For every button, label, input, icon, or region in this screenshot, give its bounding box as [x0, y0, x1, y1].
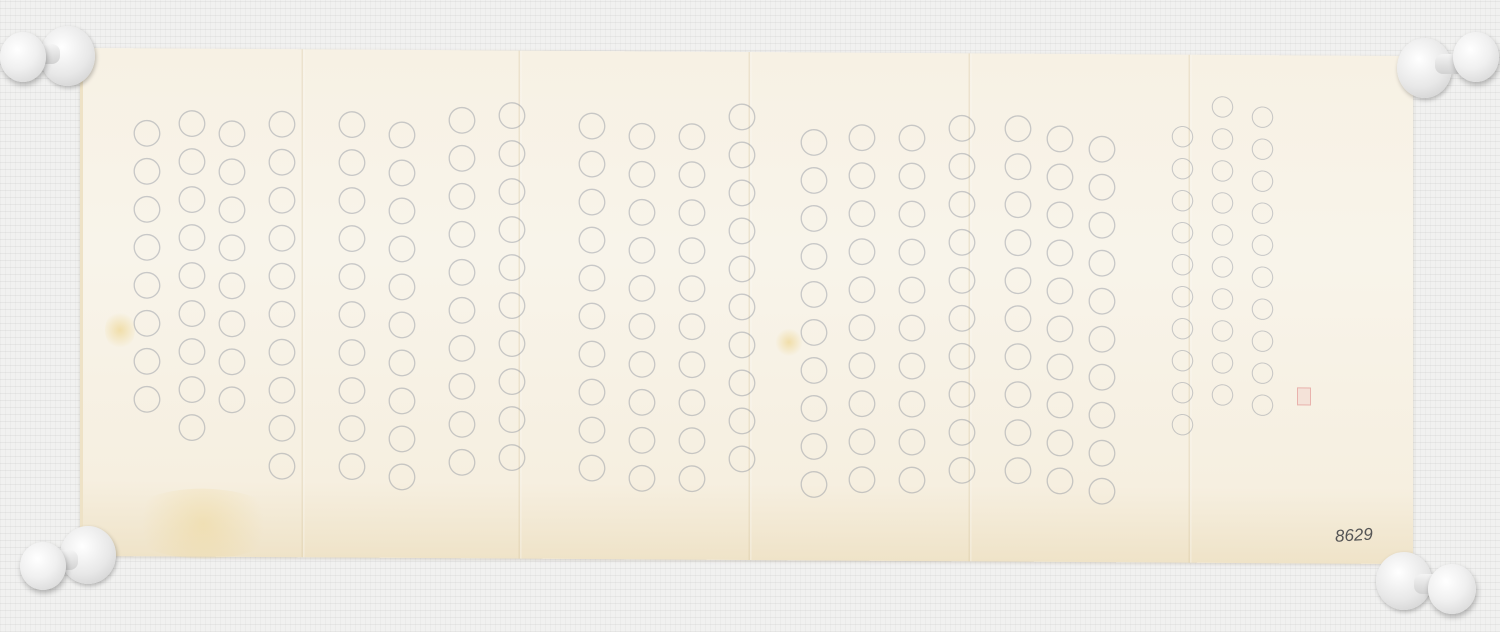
pushpin-bottom-left [20, 526, 120, 606]
calligraphy-column: 〇〇〇〇〇〇〇〇 [128, 118, 158, 422]
calligraphy-column: 〇〇〇〇〇〇〇〇〇〇 [893, 123, 923, 503]
pushpin-bottom-right [1374, 552, 1484, 630]
catalog-number: 8629 [1334, 525, 1373, 547]
calligraphy-column: 〇〇〇〇〇〇〇〇〇 [173, 108, 203, 450]
calligraphy-column: 〇〇〇〇〇〇〇〇〇〇 [943, 113, 973, 493]
calligraphy-column: 〇〇〇〇〇〇〇〇〇〇 [1083, 134, 1113, 514]
calligraphy-column: 〇〇〇〇〇〇〇〇〇〇 [383, 120, 413, 500]
age-stain [123, 488, 283, 559]
calligraphy-column: 〇〇〇〇〇〇〇〇〇〇 [723, 102, 753, 482]
calligraphy-column: 〇〇〇〇〇〇〇〇〇〇 [263, 109, 293, 489]
calligraphy-column: 〇〇〇〇〇〇〇〇〇〇 [493, 100, 523, 480]
calligraphy-column: 〇〇〇〇〇〇〇〇〇〇 [623, 121, 653, 501]
calligraphy-column: 〇〇〇〇〇〇〇〇〇〇 [333, 109, 363, 489]
calligraphy-column: 〇〇〇〇〇〇〇〇〇〇 [1208, 95, 1232, 415]
calligraphy-column: 〇〇〇〇〇〇〇〇 [213, 119, 243, 423]
calligraphy-column: 〇〇〇〇〇〇〇〇〇〇 [999, 114, 1029, 494]
calligraphy-column: 〇〇〇〇〇〇〇〇〇〇 [443, 105, 473, 485]
calligraphy-column: 〇〇〇〇〇〇〇〇〇〇 [1168, 125, 1192, 445]
calligraphy-column: 〇〇〇〇〇〇〇〇〇〇 [795, 127, 825, 507]
calligraphy-column: 〇〇〇〇〇〇〇〇〇〇 [1248, 105, 1272, 425]
red-seal-stamp [1297, 387, 1311, 405]
calligraphy-column: 〇〇〇〇〇〇〇〇〇〇 [673, 122, 703, 502]
manuscript-paper: 〇〇〇〇〇〇〇〇〇〇 〇〇〇〇〇〇〇〇〇〇 〇〇〇〇〇〇〇〇〇〇 〇〇〇〇〇〇〇… [80, 48, 1413, 564]
calligraphy-column: 〇〇〇〇〇〇〇〇〇〇 [843, 123, 873, 503]
calligraphy-column: 〇〇〇〇〇〇〇〇〇〇 [573, 111, 603, 491]
pushpin-top-left [0, 14, 100, 94]
fold-line [301, 49, 305, 557]
pushpin-top-right [1395, 28, 1500, 103]
calligraphy-column: 〇〇〇〇〇〇〇〇〇〇 [1041, 124, 1071, 504]
